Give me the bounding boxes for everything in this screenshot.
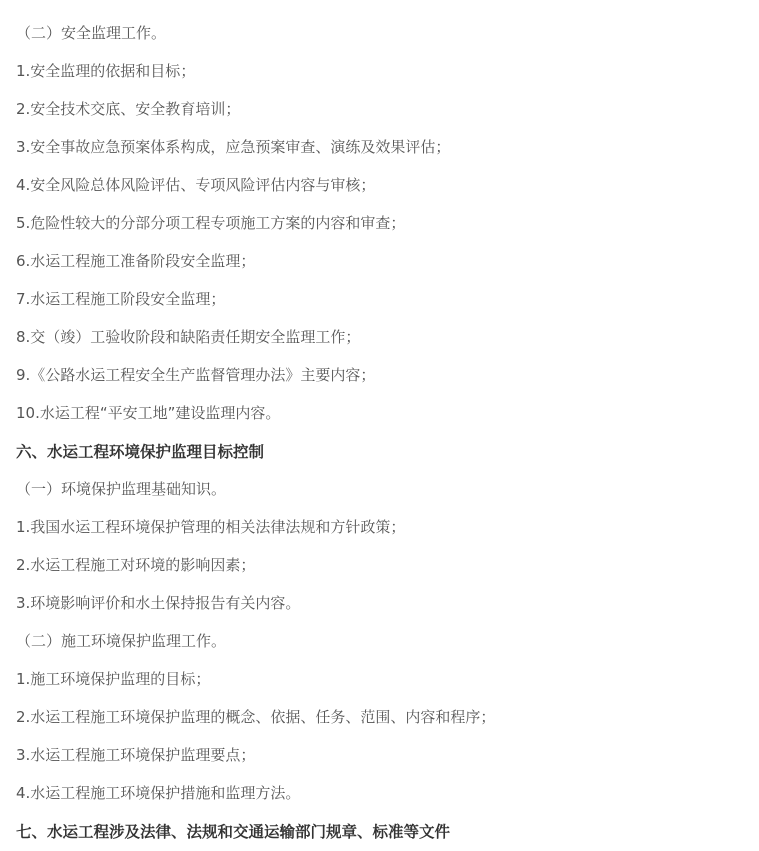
- list-item: 2.水运工程施工对环境的影响因素；: [16, 553, 255, 577]
- list-item: 10.水运工程“平安工地”建设监理内容。: [16, 401, 280, 425]
- list-item: 4.水运工程施工环境保护措施和监理方法。: [16, 781, 300, 805]
- section-heading-laws-regulations: 七、水运工程涉及法律、法规和交通运输部门规章、标准等文件: [16, 820, 450, 844]
- list-item: 5.危险性较大的分部分项工程专项施工方案的内容和审查；: [16, 211, 405, 235]
- list-item: 3.水运工程施工环境保护监理要点；: [16, 743, 255, 767]
- list-item: 2.水运工程施工环境保护监理的概念、依据、任务、范围、内容和程序；: [16, 705, 495, 729]
- subheading-environmental-basics: （一）环境保护监理基础知识。: [16, 477, 226, 501]
- list-item: 9.《公路水运工程安全生产监督管理办法》主要内容；: [16, 363, 375, 387]
- list-item: 1.我国水运工程环境保护管理的相关法律法规和方针政策；: [16, 515, 405, 539]
- list-item: 4.安全风险总体风险评估、专项风险评估内容与审核；: [16, 173, 375, 197]
- section-heading-environmental-protection: 六、水运工程环境保护监理目标控制: [16, 440, 264, 464]
- list-item: 3.环境影响评价和水土保持报告有关内容。: [16, 591, 300, 615]
- list-item: 2.安全技术交底、安全教育培训；: [16, 97, 240, 121]
- list-item: 1.施工环境保护监理的目标；: [16, 667, 210, 691]
- list-item: 3.安全事故应急预案体系构成，应急预案审查、演练及效果评估；: [16, 135, 450, 159]
- list-item: 1.安全监理的依据和目标；: [16, 59, 195, 83]
- list-item: 7.水运工程施工阶段安全监理；: [16, 287, 225, 311]
- list-item: 6.水运工程施工准备阶段安全监理；: [16, 249, 255, 273]
- list-item: 8.交（竣）工验收阶段和缺陷责任期安全监理工作；: [16, 325, 360, 349]
- subheading-safety-supervision-work: （二）安全监理工作。: [16, 21, 166, 45]
- subheading-construction-environmental-work: （二）施工环境保护监理工作。: [16, 629, 226, 653]
